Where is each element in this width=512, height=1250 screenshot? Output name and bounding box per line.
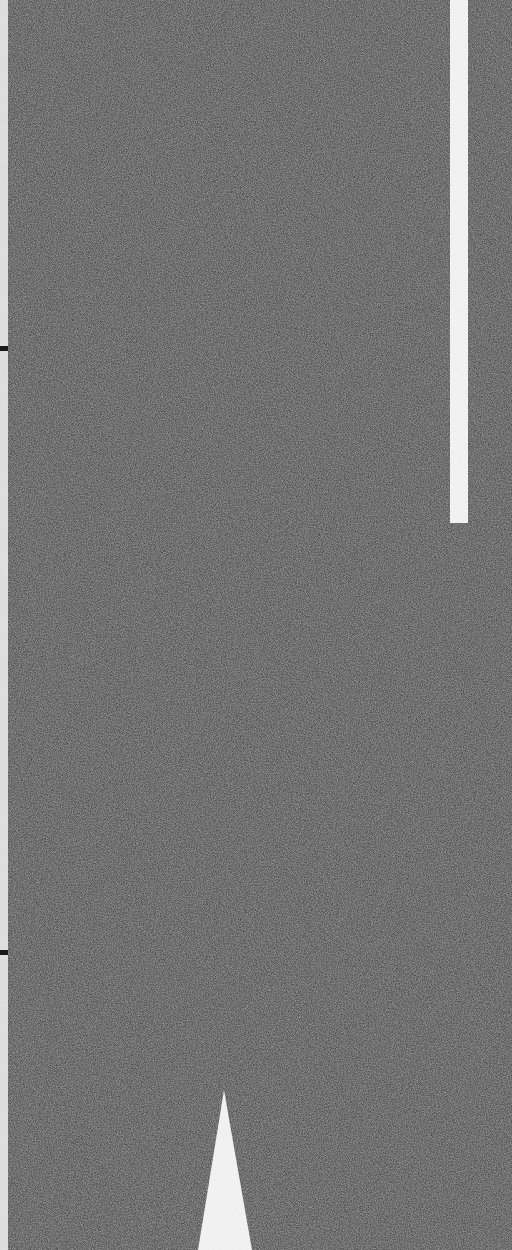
lane-line-marking <box>450 0 468 523</box>
edge-tick-mark <box>0 346 8 351</box>
edge-tick-mark <box>0 950 8 955</box>
road-surface <box>0 0 512 1250</box>
aerial-road-scene: Top-down aerial view of an asphalt road … <box>0 0 512 1250</box>
asphalt-surface <box>0 0 512 1250</box>
left-edge-strip <box>0 0 8 1250</box>
